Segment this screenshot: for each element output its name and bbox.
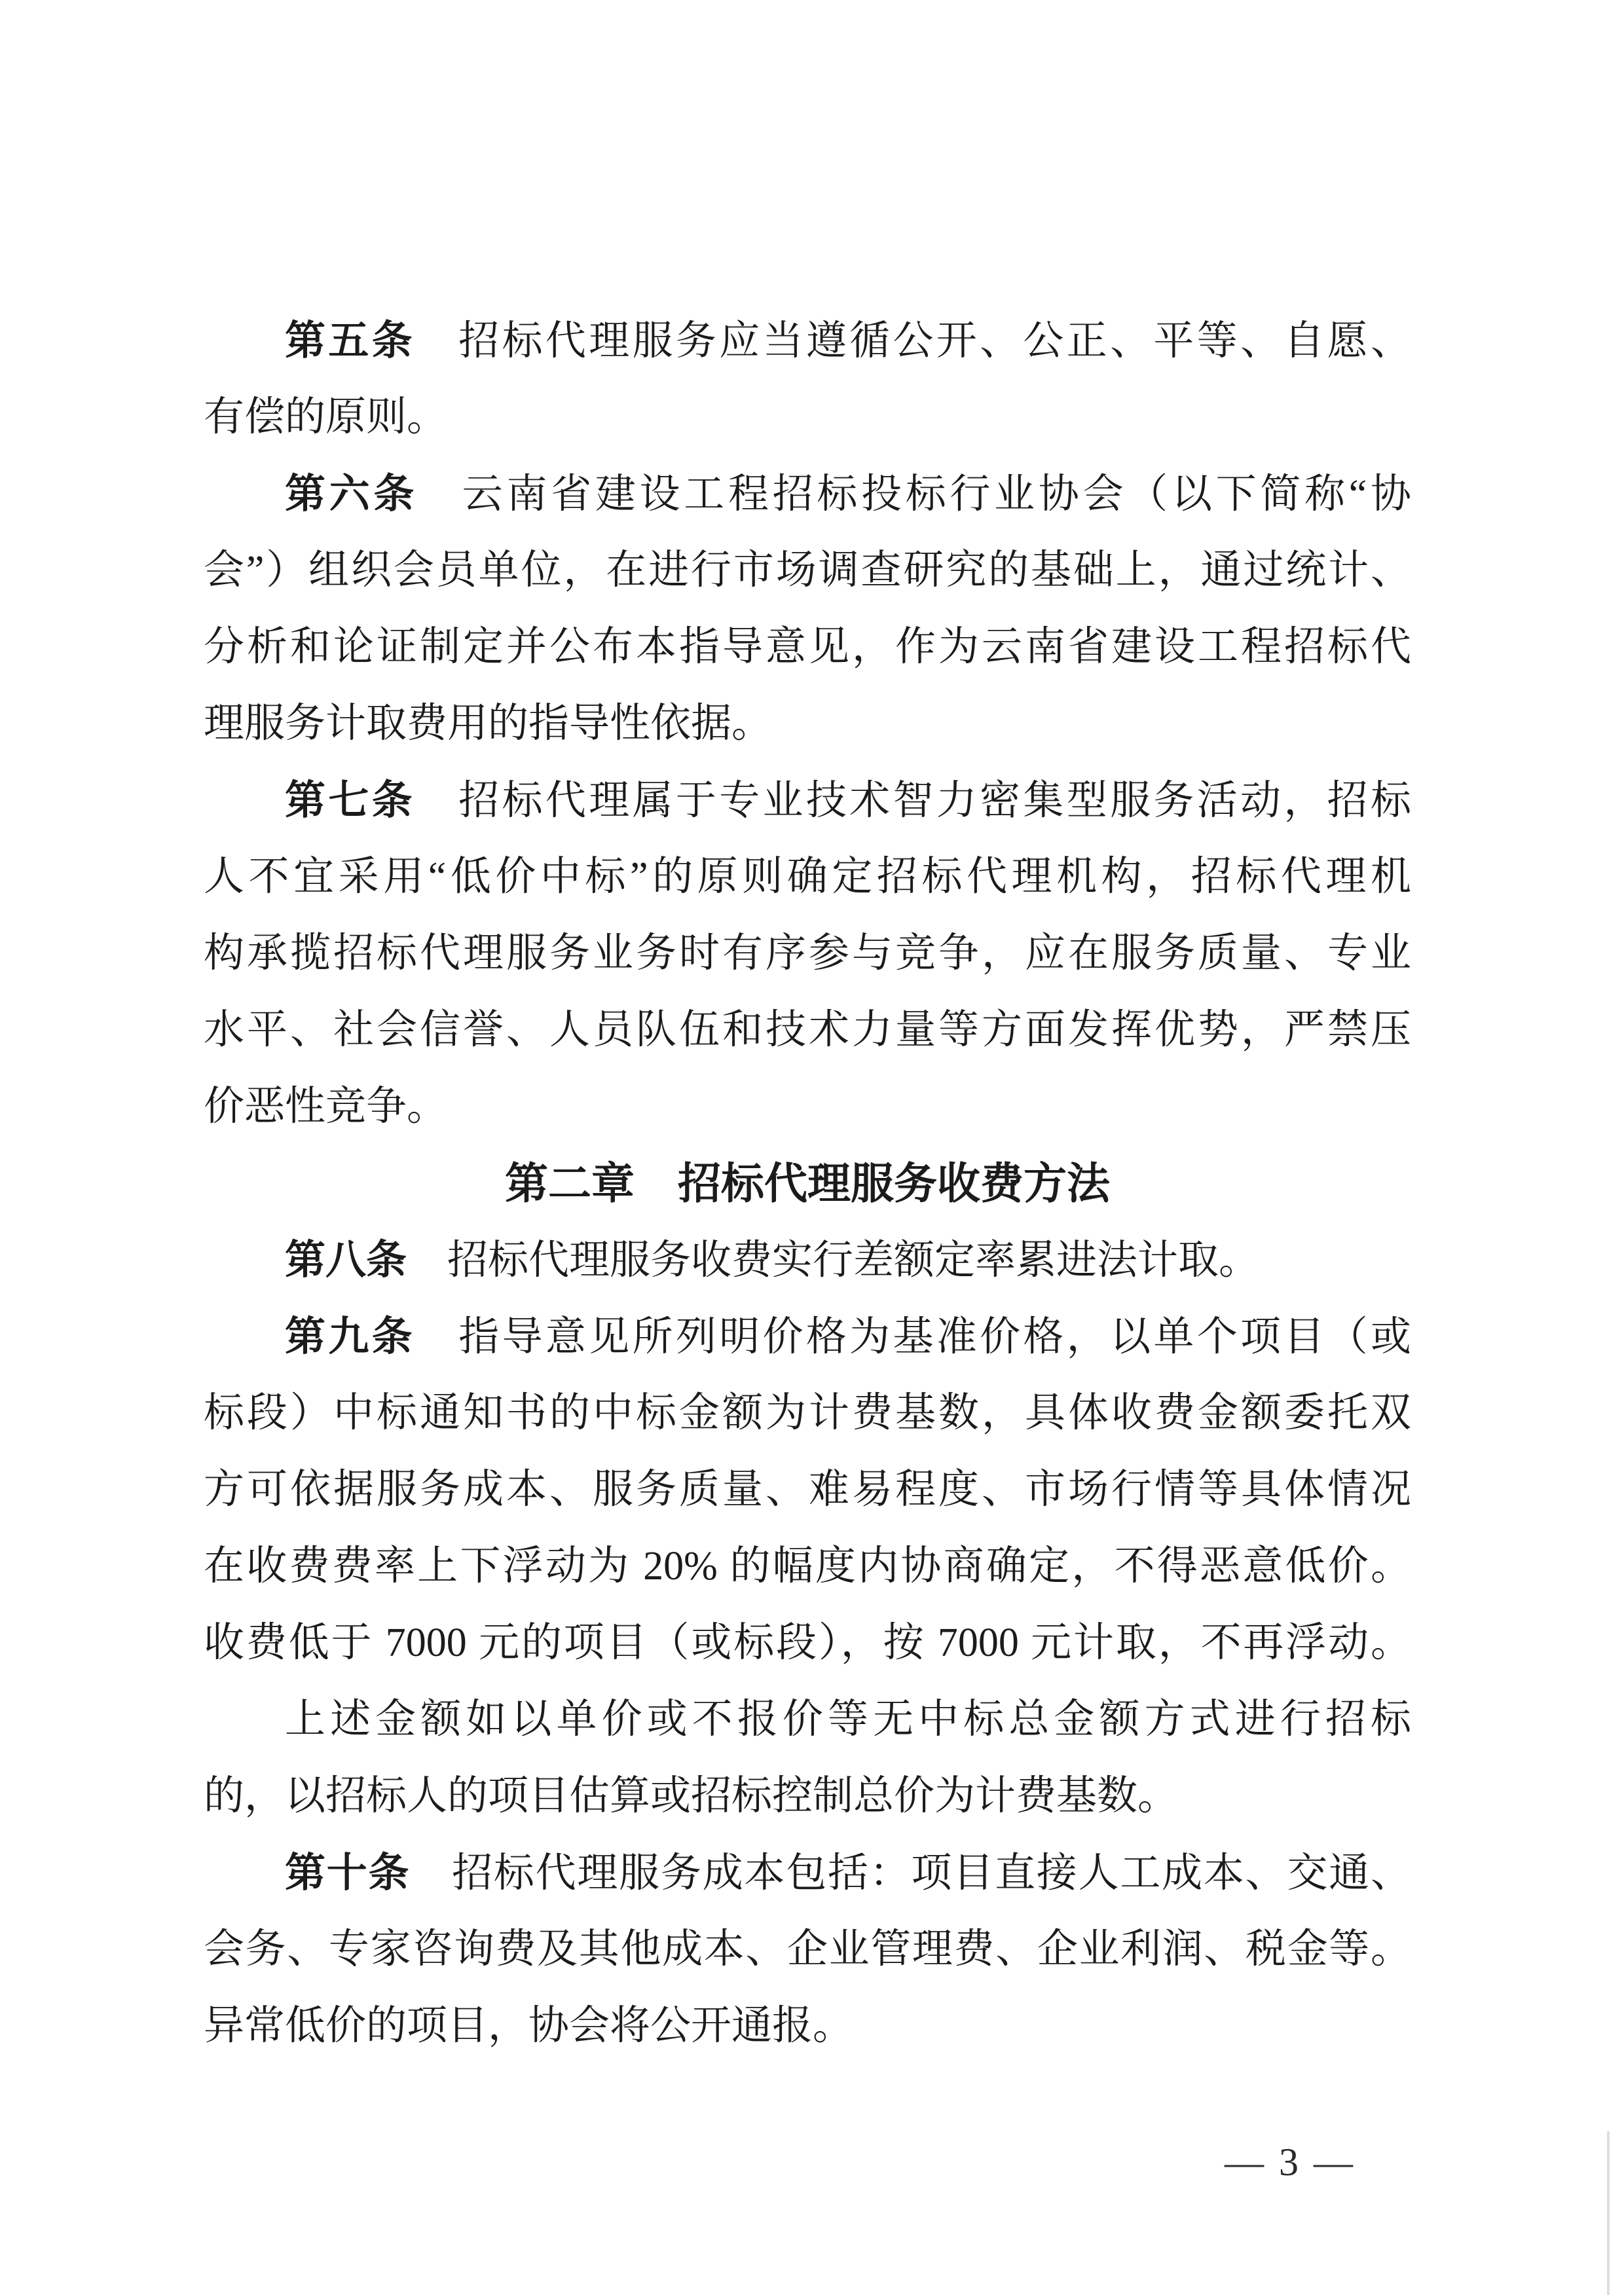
text-run: 会务、专家咨询费及其他成本、企业管理费、企业利润、税金等。 xyxy=(204,1927,1411,1972)
text-line: 收费低于 7000 元的项目（或标段），按 7000 元计取，不再浮动。 xyxy=(204,1605,1411,1681)
text-run: 在收费费率上下浮动为 20% 的幅度内协商确定，不得恶意低价。 xyxy=(204,1544,1411,1588)
article-label: 第十条 xyxy=(285,1850,410,1896)
page-number: — 3 — xyxy=(1217,2139,1363,2186)
text-line: 第七条 招标代理属于专业技术智力密集型服务活动，招标 xyxy=(204,762,1411,839)
text-run: 异常低价的项目，协会将公开通报。 xyxy=(204,2004,853,2048)
text-run: 标段）中标通知书的中标金额为计费基数，具体收费金额委托双 xyxy=(204,1391,1411,1435)
text-line: 水平、社会信誉、人员队伍和技术力量等方面发挥优势，严禁压 xyxy=(204,992,1411,1069)
text-run: 构承揽招标代理服务业务时有序参与竞争，应在服务质量、专业 xyxy=(204,931,1411,976)
text-run: 的，以招标人的项目估算或招标控制总价为计费基数。 xyxy=(204,1774,1178,1818)
scanned-page: { "colors": { "background": "#ffffff", "… xyxy=(0,0,1624,2295)
text-line: 方可依据服务成本、服务质量、难易程度、市场行情等具体情况 xyxy=(204,1452,1411,1528)
article-label: 第六条 xyxy=(285,471,418,517)
text-run: 分析和论证制定并公布本指导意见，作为云南省建设工程招标代 xyxy=(204,625,1411,669)
text-run: 招标代理服务成本包括：项目直接人工成本、交通、 xyxy=(410,1851,1411,1896)
text-line: 第八条 招标代理服务收费实行差额定率累进法计取。 xyxy=(204,1222,1411,1298)
text-run: 人不宜采用“低价中标”的原则确定招标代理机构，招标代理机 xyxy=(204,854,1411,899)
text-line: 构承揽招标代理服务业务时有序参与竞争，应在服务质量、专业 xyxy=(204,915,1411,992)
text-line: 上述金额如以单价或不报价等无中标总金额方式进行招标 xyxy=(204,1681,1411,1758)
text-run: 会”）组织会员单位，在进行市场调查研究的基础上，通过统计、 xyxy=(204,548,1411,593)
text-run: 方可依据服务成本、服务质量、难易程度、市场行情等具体情况 xyxy=(204,1467,1411,1512)
text-run: 有偿的原则。 xyxy=(204,395,447,439)
text-run: 理服务计取费用的指导性依据。 xyxy=(204,701,772,746)
text-line: 人不宜采用“低价中标”的原则确定招标代理机构，招标代理机 xyxy=(204,839,1411,915)
text-line: 会”）组织会员单位，在进行市场调查研究的基础上，通过统计、 xyxy=(204,532,1411,609)
article-label: 第五条 xyxy=(285,318,415,363)
text-run: 收费低于 7000 元的项目（或标段），按 7000 元计取，不再浮动。 xyxy=(204,1621,1411,1665)
text-run: 水平、社会信誉、人员队伍和技术力量等方面发挥优势，严禁压 xyxy=(204,1008,1411,1052)
text-line: 异常低价的项目，协会将公开通报。 xyxy=(204,1988,1411,2065)
text-run: 云南省建设工程招标投标行业协会（以下简称“协 xyxy=(418,472,1411,517)
text-line: 第九条 指导意见所列明价格为基准价格，以单个项目（或 xyxy=(204,1298,1411,1375)
article-label: 第二章 招标代理服务收费方法 xyxy=(505,1159,1110,1207)
text-line: 的，以招标人的项目估算或招标控制总价为计费基数。 xyxy=(204,1758,1411,1835)
text-line: 有偿的原则。 xyxy=(204,379,1411,456)
text-line: 第六条 云南省建设工程招标投标行业协会（以下简称“协 xyxy=(204,456,1411,532)
text-run: 指导意见所列明价格为基准价格，以单个项目（或 xyxy=(415,1315,1411,1359)
text-run: 上述金额如以单价或不报价等无中标总金额方式进行招标 xyxy=(285,1697,1411,1742)
text-line: 理服务计取费用的指导性依据。 xyxy=(204,686,1411,762)
text-line: 在收费费率上下浮动为 20% 的幅度内协商确定，不得恶意低价。 xyxy=(204,1528,1411,1605)
text-run: 招标代理服务应当遵循公开、公正、平等、自愿、 xyxy=(415,319,1411,363)
text-line: 价恶性竞争。 xyxy=(204,1069,1411,1145)
text-line: 第十条 招标代理服务成本包括：项目直接人工成本、交通、 xyxy=(204,1835,1411,1911)
text-line: 标段）中标通知书的中标金额为计费基数，具体收费金额委托双 xyxy=(204,1375,1411,1452)
article-label: 第八条 xyxy=(285,1238,407,1283)
text-run: 招标代理属于专业技术智力密集型服务活动，招标 xyxy=(415,779,1411,823)
chapter-heading: 第二章 招标代理服务收费方法 xyxy=(204,1145,1411,1222)
text-run: 招标代理服务收费实行差额定率累进法计取。 xyxy=(407,1238,1259,1283)
text-line: 会务、专家咨询费及其他成本、企业管理费、企业利润、税金等。 xyxy=(204,1911,1411,1988)
document-body: 第五条 招标代理服务应当遵循公开、公正、平等、自愿、有偿的原则。第六条 云南省建… xyxy=(204,303,1411,2065)
article-label: 第七条 xyxy=(285,778,415,823)
scan-edge-artifact xyxy=(1607,2131,1610,2295)
text-run: 价恶性竞争。 xyxy=(204,1084,447,1129)
text-line: 分析和论证制定并公布本指导意见，作为云南省建设工程招标代 xyxy=(204,609,1411,686)
article-label: 第九条 xyxy=(285,1314,415,1359)
text-line: 第五条 招标代理服务应当遵循公开、公正、平等、自愿、 xyxy=(204,303,1411,379)
